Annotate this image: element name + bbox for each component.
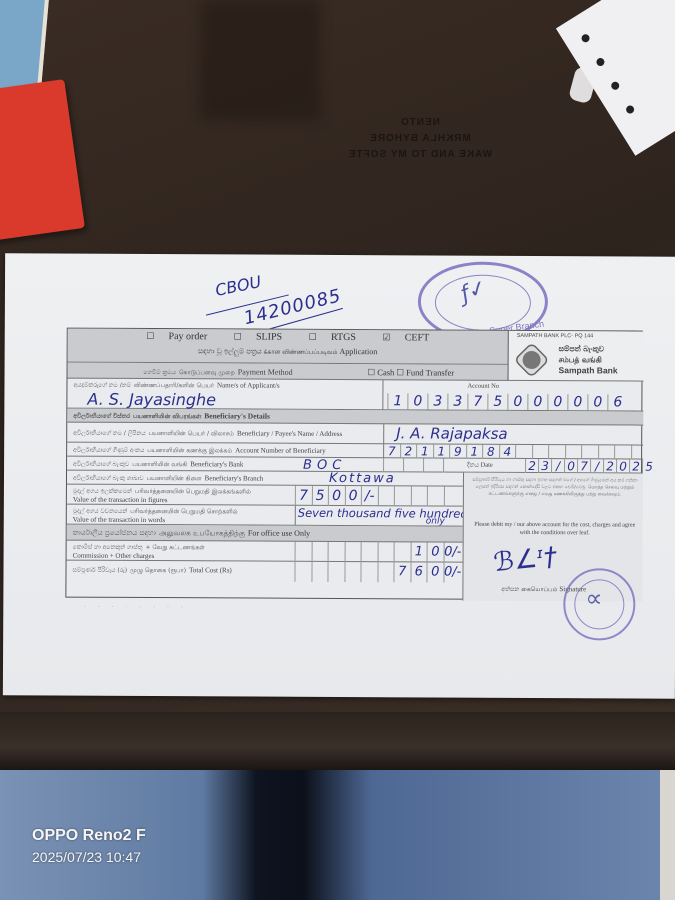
date-label: දිනය Date: [467, 462, 493, 470]
label-ta: + வேறு கட்டணங்கள்: [145, 544, 204, 551]
feed-hole: [580, 33, 591, 44]
account-digit: 0: [567, 394, 587, 410]
label-si: අවිර්ලාභියාගේ නම / ලිපිනය: [73, 430, 145, 437]
value-digit: [443, 487, 460, 507]
beneficiary-account-digit: [549, 445, 566, 459]
bank-name-en: Sampath Bank: [559, 365, 618, 376]
label-en: Total Cost (Rs): [189, 566, 232, 574]
option-label: Fund Transfer: [406, 367, 454, 377]
account-digit: 3: [427, 393, 447, 409]
total-digit: 0/-: [443, 563, 460, 583]
bank-names: සම්පත් බැංකුව சம்பத் வங்கி Sampath Bank: [559, 343, 618, 376]
label-en: Beneficiary's Bank: [190, 460, 243, 468]
value-figures-label: මුදල් අගය ඉලක්කමෙන්பரிவர்த்தனையின் பெறும…: [73, 487, 254, 505]
value-digit: 7: [295, 486, 312, 506]
beneficiary-account-digit: [566, 445, 583, 459]
label-en: Account No: [467, 383, 499, 390]
bank-logo-box: SAMPATH BANK PLC- PQ 144 සම්පත් බැංකුව ச…: [508, 331, 644, 382]
checkbox-checked-icon: ☑: [382, 332, 392, 342]
option-slips[interactable]: ☐ SLIPS: [228, 331, 289, 342]
beneficiary-account-digit: 2: [401, 444, 418, 458]
date-digit: /: [551, 459, 564, 473]
label-si: අවිර්ලාභියාගේ බැංකුව: [73, 461, 129, 468]
reflected-line-1: NENTO: [330, 115, 510, 131]
beneficiary-account-digit: 4: [500, 445, 517, 459]
payment-method-options: ☐ Cash ☐ Fund Transfer: [368, 367, 455, 378]
account-digit: 3: [447, 394, 467, 410]
account-digit: 7: [467, 394, 487, 410]
commission-digit: 0/-: [443, 543, 460, 563]
option-cash[interactable]: ☐ Cash: [368, 367, 395, 377]
label-ta: பயனாளியின் கணக்கு இலக்கம்: [147, 447, 232, 454]
label-en: Value of the transaction in figures: [73, 496, 254, 505]
beneficiary-account-digit: [516, 445, 533, 459]
commission-digit: [311, 542, 328, 562]
label-en: For office use Only: [248, 529, 310, 538]
label-si: දිනය: [467, 462, 479, 469]
total-digit: [344, 562, 361, 582]
commission-digit: [394, 542, 411, 562]
checkbox-icon: ☐: [146, 331, 156, 341]
commission-digit: [361, 542, 378, 562]
label-si: අයදුම්කරුගේ නම /නම්: [73, 382, 131, 389]
value-digit: [377, 486, 394, 506]
account-digit: 5: [487, 394, 507, 410]
total-cost-field[interactable]: 7600/-: [294, 562, 459, 583]
date-digit: 2: [629, 460, 642, 474]
account-no-field[interactable]: 103375000006: [387, 393, 627, 410]
bank-transfer-slip: CBOU 14200085 ƒ✓ Colombo Super Branch ☐ …: [3, 253, 675, 699]
date-digit: 7: [577, 459, 590, 473]
feed-hole: [610, 80, 621, 91]
emblem-core: [523, 351, 541, 369]
option-label: Pay order: [169, 331, 208, 342]
value-digit: [427, 486, 444, 506]
label-si: සම්පූර්ණ පිරිවැය (රු): [72, 567, 127, 574]
label-ta: பயனாளியின் வங்கி: [132, 461, 187, 468]
beneficiary-account-digit: 7: [384, 444, 401, 458]
beneficiary-details-label: අවිර්ලාභියාගේ විස්තරபயனாளியின் விபரங்கள்…: [73, 411, 270, 422]
bank-name-ta: சம்பத் வங்கி: [559, 354, 618, 365]
date-digit: 3: [538, 459, 551, 473]
value-words-cell: Seven thousand five hundred only: [295, 506, 463, 527]
commission-label: කොමිස් හා අනෙකුත් ගාස්තු+ வேறு கட்டணங்கள…: [73, 543, 208, 561]
option-label: SLIPS: [256, 332, 282, 343]
account-digit: 0: [507, 394, 527, 410]
date-digit: 0: [564, 459, 577, 473]
label-ta: பயனாளியின் கிளை: [147, 475, 202, 482]
label-ta: கொடுப்பனவு முறை: [179, 369, 235, 376]
reflected-line-3: WAKE AND TO MY SOFTE: [330, 147, 510, 163]
desk-reflection: [200, 0, 320, 120]
reflected-text: NENTO MRKHLA BYHORE WAKE AND TO MY SOFTE: [330, 115, 510, 163]
instructions-si: සම්පූර්ණ පිරිවැය හා ගාස්තු සඳහා ඉහත සඳහන…: [472, 477, 638, 499]
feed-hole: [595, 56, 606, 67]
value-digit: 0: [344, 486, 361, 506]
label-en: Beneficiary / Payee's Name / Address: [237, 429, 342, 438]
label-ta: விண்ணப்பதாரி/களின் பெயர்: [134, 382, 214, 389]
value-words-suffix: only: [426, 516, 445, 526]
label-ta: பயனாளியின் விபரங்கள்: [133, 413, 201, 420]
option-ceft[interactable]: ☑ CEFT: [376, 332, 435, 343]
date-field[interactable]: 23/07/2025: [525, 459, 655, 474]
beneficiary-account-digit: [533, 445, 550, 459]
transfer-type-options: ☐ Pay order ☐ SLIPS ☐ RTGS ☑ CEFT: [68, 331, 508, 344]
transfer-type-header: ☐ Pay order ☐ SLIPS ☐ RTGS ☑ CEFT සඳහා ව…: [68, 329, 508, 365]
commission-digit: 1: [410, 542, 427, 562]
stamp-signature-icon: ∝: [585, 584, 602, 612]
label-si: මුදල් අගය වචනයෙන්: [73, 508, 127, 515]
beneficiary-account-digit: [615, 445, 632, 459]
value-words-row: මුදල් අගය වචනයෙන්பரிவர்த்தனையின் பெறுமதி…: [67, 505, 463, 527]
label-si: අවිර්ලාභියාගේ විස්තර: [73, 413, 130, 420]
commission-digit: [344, 542, 361, 562]
account-digit: 0: [587, 394, 607, 410]
option-label: CEFT: [405, 332, 430, 343]
value-figures-row: මුදල් අගය ඉලක්කමෙන්பரிவர்த்தனையின் பெறும…: [67, 485, 463, 507]
label-ta: முழு தொகை (ரூபா): [130, 567, 186, 574]
value-words-label: මුදල් අගය වචනයෙන්பரிவர்த்தனையின் பெறுமதி…: [73, 507, 241, 525]
instructions-en: Please debit my / our above account for …: [472, 521, 638, 538]
background-strip: [660, 770, 675, 900]
beneficiary-account-field[interactable]: 72119184: [383, 444, 632, 459]
total-digit: [294, 562, 311, 582]
desk-edge: [0, 712, 675, 770]
title-en: Application: [340, 347, 378, 356]
label-ta: பயனாளியின் பெயர் / விலாசம்: [149, 430, 234, 437]
total-digit: 0: [426, 562, 443, 582]
date-digit: 2: [603, 459, 616, 473]
label-si: ගෙවීම් ක්‍රමය: [144, 369, 176, 376]
option-pay-order[interactable]: ☐ Pay order: [140, 331, 213, 342]
handwritten-ref-code: CBOU: [214, 272, 263, 300]
date-digit: 2: [525, 459, 538, 473]
total-digit: 7: [393, 562, 410, 582]
label-si: අවිර්ලාභියාගේ බැංකු ශාඛාව: [73, 475, 144, 482]
title-si: සඳහා වූ ඉල්ලුම් පත්‍රය: [198, 347, 262, 355]
commission-digit: 0: [427, 542, 444, 562]
beneficiary-account-label: අවිර්ලාභියාගේ ගිණුම් අංකයபயனாளியின் கணக்…: [73, 446, 325, 456]
applicant-signature-icon[interactable]: ℬ∠ᶦ†: [492, 542, 558, 578]
beneficiary-branch-label: අවිර්ලාභියාගේ බැංකු ශාඛාවபயனாளியின் கிளை…: [73, 474, 263, 484]
label-si: අත්සන: [501, 586, 519, 593]
beneficiary-account-digit: 1: [434, 444, 451, 458]
beneficiary-account-digit: [599, 445, 616, 459]
value-digit: [394, 486, 411, 506]
beneficiary-account-digit: 8: [483, 445, 500, 459]
label-si: අවිර්ලාභියාගේ ගිණුම් අංකය: [73, 447, 144, 454]
photo-timestamp: 2025/07/23 10:47: [32, 847, 146, 867]
label-en: Commission + Other charges: [73, 552, 208, 561]
date-digit: 5: [642, 460, 655, 474]
commission-row: කොමිස් හා අනෙකුත් ගාස්තු+ வேறு கட்டணங்கள…: [67, 541, 463, 563]
label-en: Account Number of Beneficiary: [235, 446, 325, 454]
label-ta: கையொப்பம்: [521, 586, 557, 593]
beneficiary-name-field[interactable]: J. A. Rajapaksa: [396, 424, 508, 443]
label-en: Beneficiary's Details: [204, 411, 270, 420]
checkbox-icon: ☐: [309, 332, 319, 342]
label-ta: அலுவலக உபயோகத்திற்கு: [159, 529, 245, 537]
payment-method-label: ගෙවීම් ක්‍රමයகொடுப்பனவு முறைPayment Meth…: [144, 367, 293, 378]
value-digit: 0: [328, 486, 345, 506]
beneficiary-name-cell: J. A. Rajapaksa: [383, 424, 643, 445]
label-en: Payment Method: [238, 367, 293, 376]
option-rtgs[interactable]: ☐ RTGS: [303, 332, 362, 343]
account-no-label: Account No: [467, 383, 499, 390]
total-digit: [327, 562, 344, 582]
reflected-line-2: MRKHLA BYHORE: [330, 131, 510, 147]
account-digit: 0: [547, 394, 567, 410]
form-code: SAMPATH BANK PLC- PQ 144: [517, 333, 594, 339]
value-digit: [410, 486, 427, 506]
label-si: කොමිස් හා අනෙකුත් ගාස්තු: [73, 544, 143, 551]
value-digit: 5: [311, 486, 328, 506]
commission-digit: [328, 542, 345, 562]
beneficiary-account-digit: [582, 445, 599, 459]
account-digit: 0: [527, 394, 547, 410]
feed-hole: [625, 104, 636, 115]
total-digit: 6: [410, 562, 427, 582]
label-en: Beneficiary's Branch: [205, 474, 264, 482]
beneficiary-bank-label: අවිර්ලාභියාගේ බැංකුවபயனாளியின் வங்கிBene…: [73, 460, 243, 470]
beneficiary-account-digit: 1: [467, 445, 484, 459]
bank-round-stamp: ∝: [563, 568, 635, 640]
label-en: Name/s of Applicant/s: [217, 381, 280, 389]
bank-name-si: සම්පත් බැංකුව: [559, 343, 618, 354]
total-digit: [360, 562, 377, 582]
beneficiary-branch-field[interactable]: Kottawa: [329, 471, 396, 486]
date-digit: /: [590, 459, 603, 473]
label-en: Date: [481, 462, 493, 469]
commission-digit: [377, 542, 394, 562]
applicant-name-field[interactable]: A. S. Jayasinghe: [87, 390, 216, 410]
beneficiary-name-label: අවිර්ලාභියාගේ නම / ලිපිනයபயனாளியின் பெயர…: [73, 429, 342, 439]
camera-watermark: OPPO Reno2 F 2025/07/23 10:47: [32, 825, 146, 867]
total-cost-row: සම්පූර්ණ පිරිවැය (රු)முழு தொகை (ரூபா)Tot…: [66, 561, 462, 581]
applicant-name-cell: අයදුම්කරුගේ නම /නම්விண்ணப்பதாரி/களின் பெ…: [67, 379, 383, 411]
value-digit: /-: [361, 486, 378, 506]
faded-print-marks: · · · · · · · ·: [83, 602, 187, 614]
beneficiary-account-digit: 1: [417, 444, 434, 458]
label-ta: பரிவர்த்தனையின் பெறுமதி சொற்களில்: [130, 508, 237, 516]
beneficiary-account-digit: 9: [450, 445, 467, 459]
option-label: RTGS: [331, 332, 356, 343]
office-use-label: කාර්යාලීය ප්‍රයෝජනය සඳහාஅலுவலக உபயோகத்தி…: [73, 528, 311, 539]
label-si: මුදල් අගය ඉලක්කමෙන්: [73, 488, 132, 495]
device-model: OPPO Reno2 F: [32, 825, 146, 847]
date-digit: 0: [616, 459, 629, 473]
commission-digit: [295, 542, 312, 562]
total-digit: [377, 562, 394, 582]
account-digit: 6: [607, 394, 627, 410]
form-table: ☐ Pay order ☐ SLIPS ☐ RTGS ☑ CEFT සඳහා ව…: [65, 328, 642, 601]
commission-field[interactable]: 100/-: [295, 542, 460, 563]
label-en: Value of the transaction in words: [73, 516, 241, 525]
total-cost-label: සම්පූර්ණ පිරිවැය (රු)முழு தொகை (ரூபா)Tot…: [72, 566, 231, 576]
applicant-row: අයදුම්කරුගේ නම /නම්விண்ணப்பதாரி/களின் பெ…: [67, 379, 643, 412]
account-digit: 0: [407, 393, 427, 409]
option-fund-transfer[interactable]: ☐ Fund Transfer: [396, 367, 454, 377]
label-si: කාර්යාලීය ප්‍රයෝජනය සඳහා: [73, 529, 156, 537]
total-digit: [311, 562, 328, 582]
option-label: Cash: [377, 367, 394, 377]
account-digit: 1: [387, 393, 407, 409]
checkbox-icon: ☐: [234, 331, 244, 341]
label-ta: பரிவர்த்தனையின் பெறுமதி இலக்கங்களில்: [135, 488, 251, 496]
value-figures-field[interactable]: 7500/-: [295, 486, 460, 507]
title-ta: க்கான விண்ணப்பப்படிவம்: [264, 349, 338, 356]
application-title: සඳහා වූ ඉල්ලුම් පත්‍රය க்கான விண்ணப்பப்ப…: [68, 346, 508, 358]
